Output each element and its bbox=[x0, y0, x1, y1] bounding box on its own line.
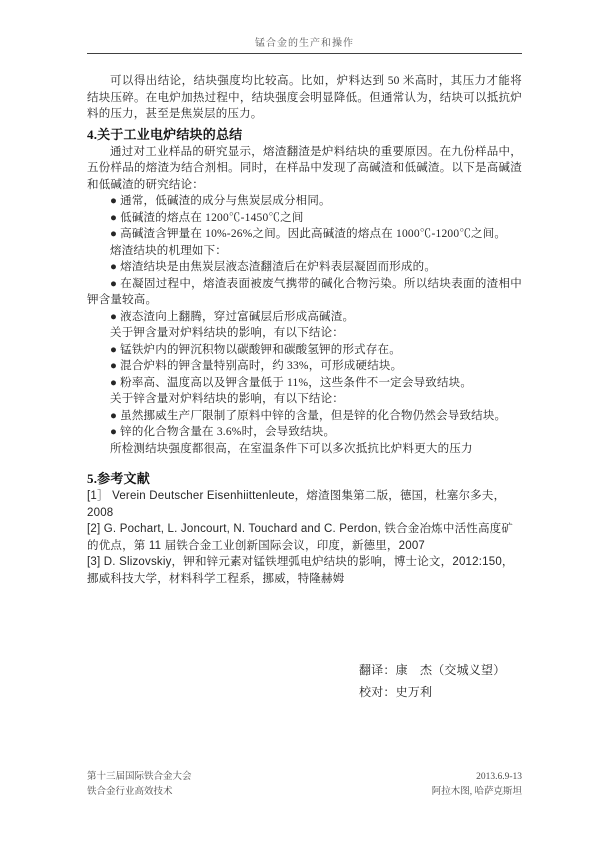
footer-right-block: 2013.6.9-13 阿拉木图, 哈萨克斯坦 bbox=[432, 770, 522, 800]
footer-conference-topic: 铁合金行业高效技术 bbox=[87, 785, 192, 800]
running-head-title: 锰合金的生产和操作 bbox=[87, 34, 522, 49]
slag-bullet-2: ●低碱渣的熔点在 1200℃-1450℃之间 bbox=[87, 210, 522, 227]
bullet-icon: ● bbox=[110, 278, 117, 290]
bullet-icon: ● bbox=[110, 311, 117, 323]
potassium-bullet-1: ●锰铁炉内的钾沉积物以碳酸钾和碳酸氢钾的形式存在。 bbox=[87, 342, 522, 359]
zinc-bullet-2: ●锌的化合物含量在 3.6%时，会导致结块。 bbox=[87, 424, 522, 441]
bullet-icon: ● bbox=[110, 360, 117, 372]
slag-bullet-3: ●高碱渣含钾量在 10%-26%之间。因此高碱渣的熔点在 1000℃-1200℃… bbox=[87, 226, 522, 243]
section4-intro-paragraph: 通过对工业样品的研究显示，熔渣翻渣是炉料结块的重要原因。在九份样品中，五份样品的… bbox=[87, 144, 522, 194]
section4-heading: 4.关于工业电炉结块的总结 bbox=[87, 125, 522, 144]
bullet-icon: ● bbox=[110, 261, 117, 273]
potassium-bullet-3: ●粉率高、温度高以及钾含量低于 11%，这些条件不一定会导致结块。 bbox=[87, 375, 522, 392]
bullet-icon: ● bbox=[110, 344, 117, 356]
potassium-bullet-2-text: 混合炉料的钾含量特别高时，约 33%，可形成硬结块。 bbox=[120, 360, 402, 372]
bullet-icon: ● bbox=[110, 195, 117, 207]
zinc-bullet-2-text: 锌的化合物含量在 3.6%时，会导致结块。 bbox=[120, 426, 335, 438]
reference-1: [1］ Verein Deutscher Eisenhiittenleute，熔… bbox=[87, 488, 522, 521]
zinc-bullet-1: ●虽然挪威生产厂限制了原料中锌的含量，但是锌的化合物仍然会导致结块。 bbox=[87, 408, 522, 425]
mechanism-bullet-2: ●在凝固过程中，熔渣表面被废气携带的碱化合物污染。所以结块表面的渣相中钾含量较高… bbox=[87, 276, 522, 309]
document-body: 可以得出结论，结块强度均比较高。比如，炉料达到 50 米高时，其压力才能将结块压… bbox=[87, 54, 522, 703]
mechanism-bullet-1-text: 熔渣结块是由焦炭层液态渣翻渣后在炉料表层凝固而形成的。 bbox=[120, 261, 436, 273]
page-header: 锰合金的生产和操作 bbox=[87, 0, 522, 54]
zinc-bullet-1-text: 虽然挪威生产厂限制了原料中锌的含量，但是锌的化合物仍然会导致结块。 bbox=[120, 410, 506, 422]
potassium-bullet-2: ●混合炉料的钾含量特别高时，约 33%，可形成硬结块。 bbox=[87, 358, 522, 375]
footer-date: 2013.6.9-13 bbox=[432, 770, 522, 785]
bullet-icon: ● bbox=[110, 377, 117, 389]
mechanism-bullet-2-text: 在凝固过程中，熔渣表面被废气携带的碱化合物污染。所以结块表面的渣相中钾含量较高。 bbox=[87, 278, 522, 307]
document-page: 锰合金的生产和操作 可以得出结论，结块强度均比较高。比如，炉料达到 50 米高时… bbox=[0, 0, 609, 854]
bullet-icon: ● bbox=[110, 410, 117, 422]
bullet-icon: ● bbox=[110, 426, 117, 438]
slag-bullet-1: ●通常，低碱渣的成分与焦炭层成分相同。 bbox=[87, 193, 522, 210]
conclusion-paragraph: 所检测结块强度都很高，在室温条件下可以多次抵抗比炉料更大的压力 bbox=[87, 441, 522, 458]
potassium-intro-line: 关于钾含量对炉料结块的影响，有以下结论： bbox=[87, 325, 522, 342]
signature-block: 翻译：康 杰（交城义望） 校对：史万利 bbox=[359, 659, 522, 703]
page-footer: 第十三届国际铁合金大会 铁合金行业高效技术 2013.6.9-13 阿拉木图, … bbox=[87, 770, 522, 800]
intro-paragraph: 可以得出结论，结块强度均比较高。比如，炉料达到 50 米高时，其压力才能将结块压… bbox=[87, 73, 522, 123]
proofreader-line: 校对：史万利 bbox=[359, 681, 522, 703]
footer-conference-name: 第十三届国际铁合金大会 bbox=[87, 770, 192, 785]
reference-2: [2] G. Pochart, L. Joncourt, N. Touchard… bbox=[87, 521, 522, 554]
potassium-bullet-1-text: 锰铁炉内的钾沉积物以碳酸钾和碳酸氢钾的形式存在。 bbox=[120, 344, 401, 356]
translator-line: 翻译：康 杰（交城义望） bbox=[359, 659, 522, 681]
mechanism-bullet-3-text: 液态渣向上翻腾，穿过富碱层后形成高碱渣。 bbox=[120, 311, 354, 323]
mechanism-bullet-3: ●液态渣向上翻腾，穿过富碱层后形成高碱渣。 bbox=[87, 309, 522, 326]
zinc-intro-line: 关于锌含量对炉料结块的影响，有以下结论： bbox=[87, 391, 522, 408]
potassium-bullet-3-text: 粉率高、温度高以及钾含量低于 11%，这些条件不一定会导致结块。 bbox=[120, 377, 472, 389]
reference-3: [3] D. Slizovskiy，钾和锌元素对锰铁埋弧电炉结块的影响，博士论文… bbox=[87, 554, 522, 587]
slag-bullet-3-text: 高碱渣含钾量在 10%-26%之间。因此高碱渣的熔点在 1000℃-1200℃之… bbox=[120, 228, 506, 240]
bullet-icon: ● bbox=[110, 212, 117, 224]
footer-left-block: 第十三届国际铁合金大会 铁合金行业高效技术 bbox=[87, 770, 192, 800]
mechanism-bullet-1: ●熔渣结块是由焦炭层液态渣翻渣后在炉料表层凝固而形成的。 bbox=[87, 259, 522, 276]
footer-location: 阿拉木图, 哈萨克斯坦 bbox=[432, 785, 522, 800]
mechanism-intro-line: 熔渣结块的机理如下： bbox=[87, 243, 522, 260]
bullet-icon: ● bbox=[110, 228, 117, 240]
slag-bullet-2-text: 低碱渣的熔点在 1200℃-1450℃之间 bbox=[120, 212, 303, 224]
slag-bullet-1-text: 通常，低碱渣的成分与焦炭层成分相同。 bbox=[120, 195, 331, 207]
section5-heading: 5.参考文献 bbox=[87, 469, 522, 488]
